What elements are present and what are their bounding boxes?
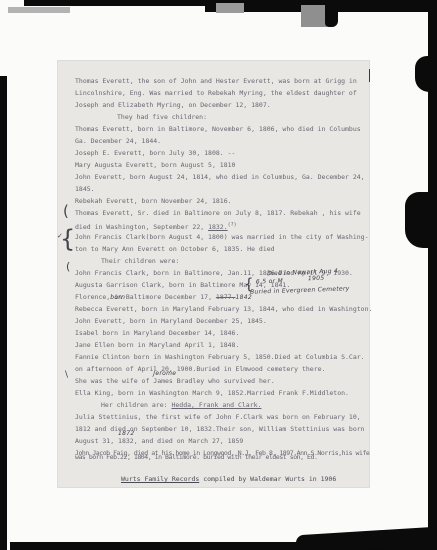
- typed-line: Thomas Everett, born in Baltimore, Novem…: [75, 123, 369, 135]
- frame-blot: [405, 192, 437, 248]
- frame-blot: [296, 527, 437, 550]
- text-span: Bradley who survived her.: [173, 377, 275, 385]
- handwritten-note: 6 5 or M: [256, 278, 283, 286]
- typed-line-heading: Their children were:: [101, 255, 369, 267]
- typed-line: Lincolnshire, Eng. Was married to Rebeka…: [75, 87, 369, 99]
- photo-of-document: Thomas Everett, the son of John and Hest…: [0, 0, 437, 550]
- typed-line: John Francis Clark(born August 4, 1800) …: [75, 231, 369, 243]
- typed-line: Thomas Everett, Sr. died in Baltimore on…: [75, 207, 369, 219]
- typed-line: Jane Ellen born in Maryland April 1, 184…: [75, 339, 369, 351]
- typed-line-heading: They had five children:: [117, 111, 369, 123]
- text-span: Her children are:: [101, 401, 171, 409]
- handwritten-note-year: 1905: [308, 275, 325, 283]
- typed-line: ton to Mary Ann Everett on October 6, 18…: [75, 243, 369, 255]
- frame-notch: [301, 5, 327, 27]
- corrected-name: JeromeJames: [153, 375, 173, 387]
- footer-title: Wurts Family Records: [121, 475, 199, 483]
- margin-paren-mark: (: [66, 260, 70, 273]
- text-span: in Baltimore December 17,: [110, 293, 216, 301]
- text-span: August 31,: [75, 437, 118, 445]
- footer-caption: Wurts Family Records compiled by Waldema…: [121, 473, 369, 485]
- pencil-tick: [369, 69, 370, 82]
- typed-line: 1845.: [75, 183, 369, 195]
- typed-line: Isabel born in Maryland December 14, 184…: [75, 327, 369, 339]
- typed-line: Fannie Clinton born in Washington Februa…: [75, 351, 369, 363]
- text-span: died in Washington, September 22,: [75, 223, 208, 231]
- handwritten-insert: born: [110, 292, 125, 304]
- typed-line: Joseph E. Everett, born July 30, 1808. -…: [75, 147, 369, 159]
- document-page: Thomas Everett, the son of John and Hest…: [57, 60, 370, 488]
- handwritten-correction: 1872: [118, 428, 134, 440]
- margin-paren-mark: (: [63, 202, 69, 220]
- typed-line: Julia Stettinius, the first wife of John…: [75, 411, 369, 423]
- underlined-date: 1832.: [208, 223, 228, 231]
- frame-smudge: [8, 7, 70, 13]
- typed-line: Rebecca Everett, born in Maryland Februa…: [75, 303, 369, 315]
- typed-line: Thomas Everett, the son of John and Hest…: [75, 75, 369, 87]
- typed-line: August 31, 18721832, and died on March 2…: [75, 435, 369, 447]
- typed-line: on afternoon of April 20, 1900.Buried in…: [75, 363, 369, 375]
- margin-check-mark: ✓: [57, 232, 63, 240]
- typed-line: Her children are: Hedda, Frank and Clark…: [101, 399, 369, 411]
- typed-line: died in Washington, September 22, 1832.(…: [75, 219, 369, 231]
- struck-date: 1877.: [216, 293, 236, 301]
- typed-line: John Everett, born August 24, 1814, who …: [75, 171, 369, 183]
- typed-line: Joseph and Elizabeth Myring, on December…: [75, 99, 369, 111]
- text-span: , and died on March 27, 1859: [134, 437, 244, 445]
- text-span: She was the wife of: [75, 377, 153, 385]
- underlined-names: Hedda, Frank and Clark.: [171, 401, 261, 409]
- frame-blot: [415, 56, 437, 92]
- footer-rest: compiled by Waldemar Wurts in 1906: [199, 475, 336, 483]
- handwritten-correction: Jerome: [153, 368, 176, 380]
- corrected-date: 18721832: [118, 435, 134, 447]
- frame-notch-shadow: [325, 0, 338, 27]
- typed-line: Rebekah Everett, born November 24, 1816.: [75, 195, 369, 207]
- frame-notch: [216, 3, 244, 13]
- typed-line: John Everett, born in Maryland December …: [75, 315, 369, 327]
- text-span: Florence,: [75, 293, 110, 301]
- query-mark: (?): [228, 222, 237, 228]
- margin-slash-mark: \: [65, 370, 68, 380]
- typed-line: She was the wife of JeromeJames Bradley …: [75, 375, 369, 387]
- frame-left-edge: [0, 76, 7, 550]
- typed-line: Ga. December 24, 1844.: [75, 135, 369, 147]
- typed-line: Mary Augusta Everett, born August 5, 181…: [75, 159, 369, 171]
- typed-line: Ella King, born in Washington March 9, 1…: [75, 387, 369, 399]
